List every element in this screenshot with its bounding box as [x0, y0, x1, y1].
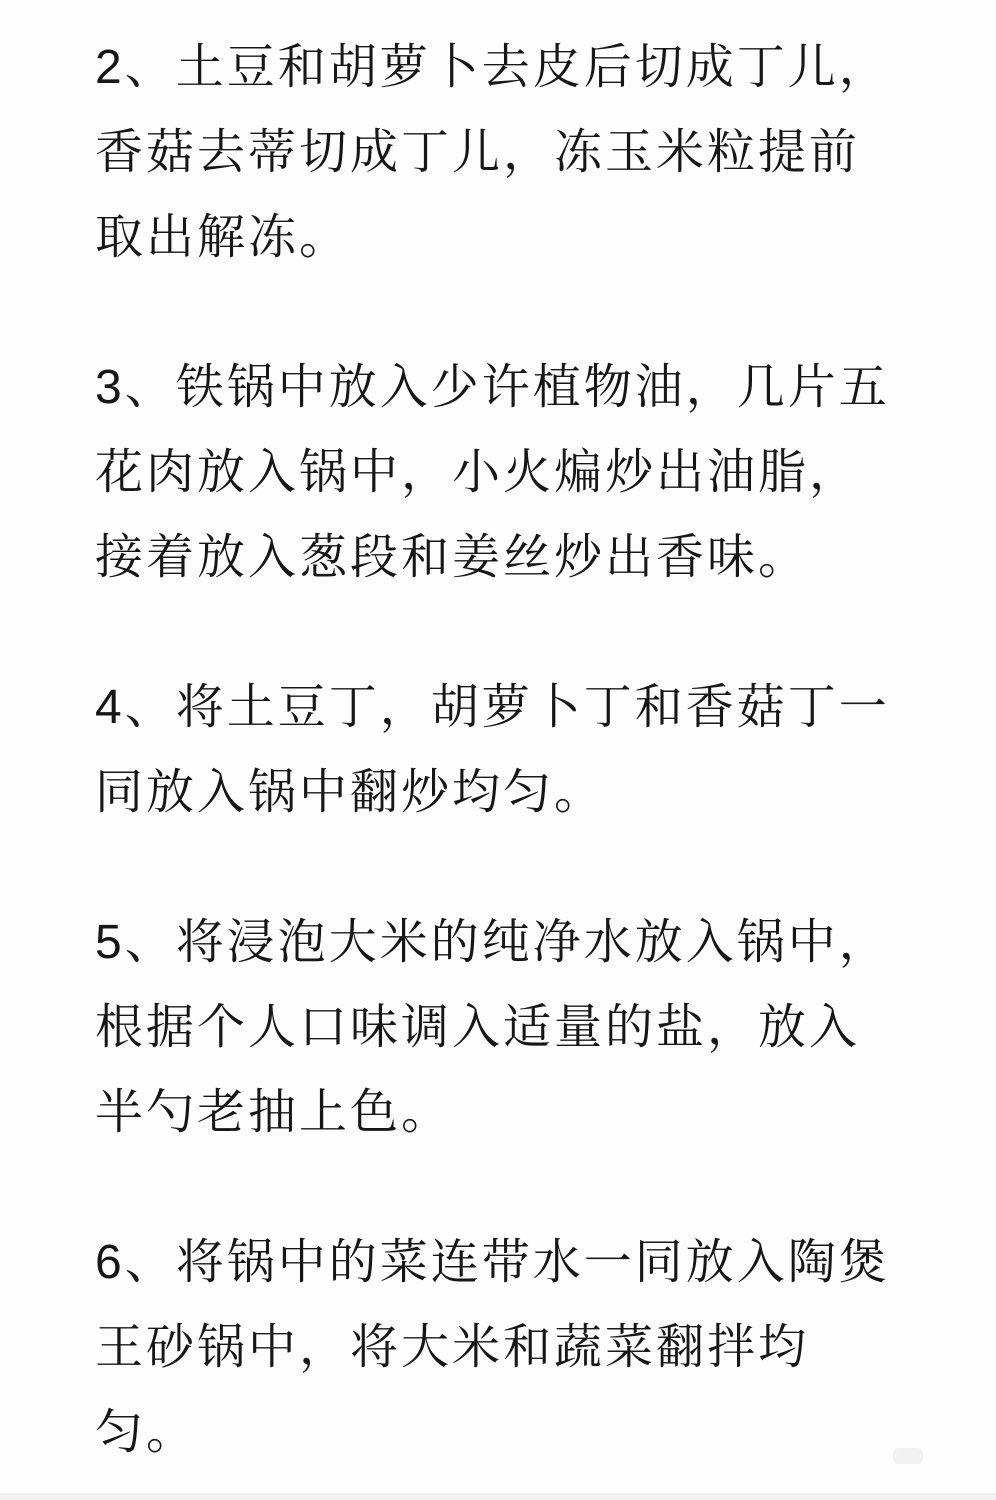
recipe-steps-document: 2、土豆和胡萝卜去皮后切成丁儿，香菇去蒂切成丁儿，冻玉米粒提前取出解冻。 3、铁… — [0, 0, 996, 1475]
bottom-edge-strip — [0, 1493, 996, 1500]
recipe-step-4: 4、将土豆丁，胡萝卜丁和香菇丁一同放入锅中翻炒均匀。 — [95, 665, 910, 835]
recipe-step-2: 2、土豆和胡萝卜去皮后切成丁儿，香菇去蒂切成丁儿，冻玉米粒提前取出解冻。 — [95, 25, 910, 280]
recipe-step-5: 5、将浸泡大米的纯净水放入锅中，根据个人口味调入适量的盐，放入半勺老抽上色。 — [95, 900, 910, 1155]
faint-watermark-artifact — [893, 1448, 923, 1464]
recipe-step-6: 6、将锅中的菜连带水一同放入陶煲王砂锅中，将大米和蔬菜翻拌均匀。 — [95, 1220, 910, 1475]
recipe-step-3: 3、铁锅中放入少许植物油，几片五花肉放入锅中，小火煸炒出油脂，接着放入葱段和姜丝… — [95, 345, 910, 600]
